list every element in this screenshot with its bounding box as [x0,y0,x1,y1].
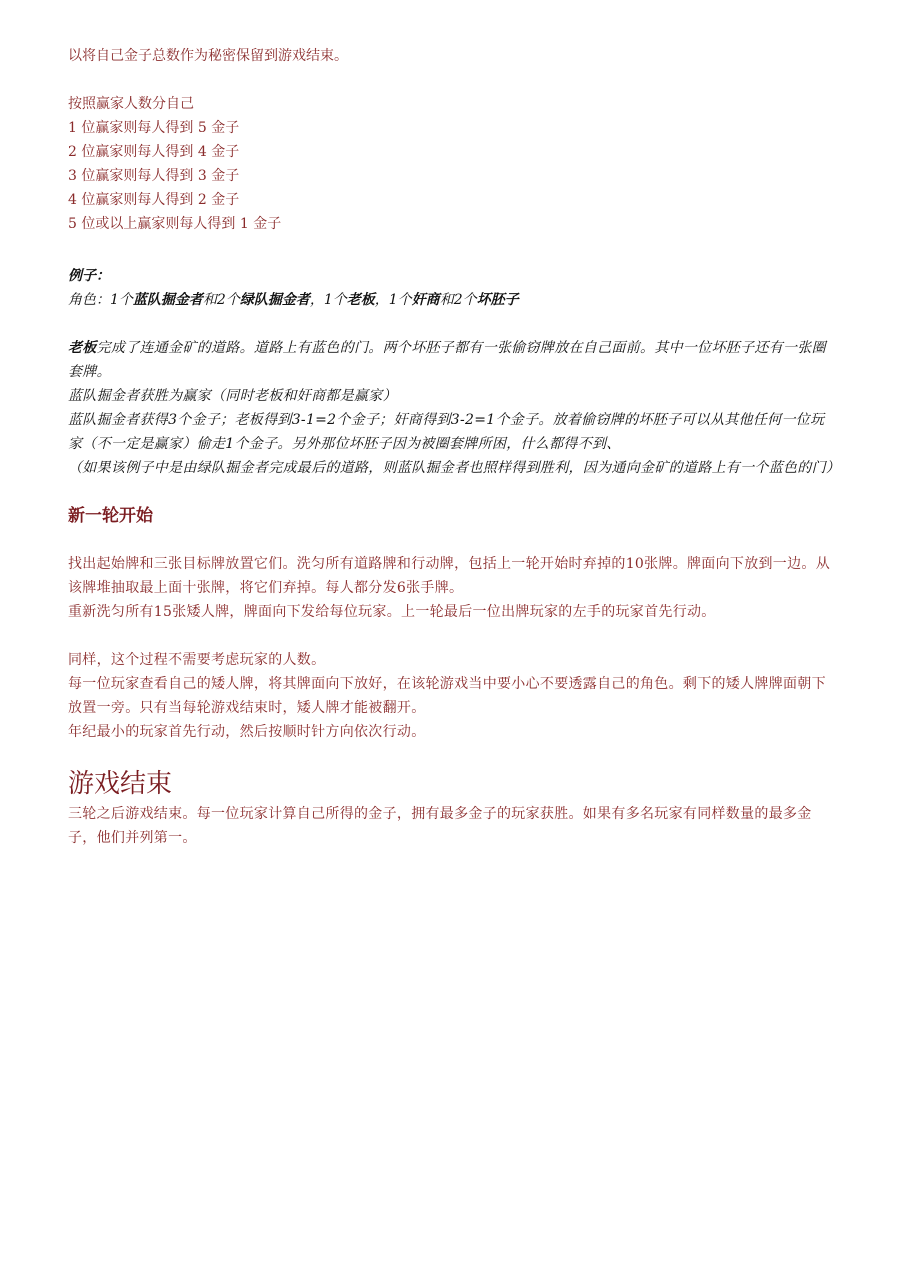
role-count: 1个 [389,292,412,308]
role-green-miner: 绿队掘金者 [240,292,310,308]
role-count: 1个 [324,292,347,308]
new-round-section: 新一轮开始 找出起始牌和三张目标牌放置它们。洗匀所有道路牌和行动牌，包括上一轮开… [68,502,838,744]
separator: ， [310,292,324,308]
payout-text: 位赢家则每人得到 [77,168,198,184]
role-count: 2个 [454,292,477,308]
new-round-setup: 找出起始牌和三张目标牌放置它们。洗匀所有道路牌和行动牌，包括上一轮开始时弃掉的1… [68,552,838,600]
payout-section: 按照赢家人数分自己 1 位赢家则每人得到 5 金子 2 位赢家则每人得到 4 金… [68,92,838,236]
gold-unit: 金子 [207,192,239,208]
payout-row: 4 位赢家则每人得到 2 金子 [68,188,838,212]
gold-amount: 5 [198,120,207,136]
example-title: 例子： [68,264,838,288]
role-count: 1个 [110,292,133,308]
payout-text: 位赢家则每人得到 [77,144,198,160]
boss-label: 老板 [68,340,97,356]
role-saboteur: 坏胚子 [477,292,519,308]
payout-row: 1 位赢家则每人得到 5 金子 [68,116,838,140]
gold-amount: 3 [198,168,207,184]
example-payout: 蓝队掘金者获得3个金子；老板得到3-1=2个金子；奸商得到3-2=1个金子。放着… [68,408,838,456]
gold-amount: 2 [198,192,207,208]
payout-text: 位赢家则每人得到 [77,192,198,208]
gold-unit: 金子 [207,144,239,160]
winner-count: 3 [68,168,77,184]
winner-count: 1 [68,120,77,136]
payout-text: 位赢家则每人得到 [77,120,198,136]
example-roles: 角色：1个蓝队掘金者和2个绿队掘金者，1个老板，1个奸商和2个坏胚子 [68,288,838,312]
secret-gold-line: 以将自己金子总数作为秘密保留到游戏结束。 [68,44,838,68]
game-end-section: 游戏结束 三轮之后游戏结束。每一位玩家计算自己所得的金子，拥有最多金子的玩家获胜… [68,766,838,850]
role-boss: 老板 [347,292,375,308]
new-round-note: 同样，这个过程不需要考虑玩家的人数。 [68,648,838,672]
example-scenario: 老板完成了连通金矿的道路。道路上有蓝色的门。两个坏胚子都有一张偷窃牌放在自己面前… [68,336,838,384]
gold-unit: 金子 [207,120,239,136]
separator: ， [375,292,389,308]
example-section: 例子： 角色：1个蓝队掘金者和2个绿队掘金者，1个老板，1个奸商和2个坏胚子 老… [68,264,838,480]
payout-text: 位或以上赢家则每人得到 [77,216,240,232]
game-end-text: 三轮之后游戏结束。每一位玩家计算自己所得的金子，拥有最多金子的玩家获胜。如果有多… [68,802,838,850]
gold-unit: 金子 [207,168,239,184]
role-profiteer: 奸商 [412,292,440,308]
section-heading-new-round: 新一轮开始 [68,502,838,530]
payout-row: 3 位赢家则每人得到 3 金子 [68,164,838,188]
new-round-order: 年纪最小的玩家首先行动，然后按顺时针方向依次行动。 [68,720,838,744]
conjunction: 和 [440,292,454,308]
conjunction: 和 [203,292,217,308]
section-heading-game-end: 游戏结束 [68,766,838,802]
winner-count: 2 [68,144,77,160]
example-winner: 蓝队掘金者获胜为赢家（同时老板和奸商都是赢家） [68,384,838,408]
winner-count: 5 [68,216,77,232]
new-round-roles: 每一位玩家查看自己的矮人牌，将其牌面向下放好，在该轮游戏当中要小心不要透露自己的… [68,672,838,720]
document-page: 以将自己金子总数作为秘密保留到游戏结束。 按照赢家人数分自己 1 位赢家则每人得… [68,44,838,850]
gold-amount: 1 [240,216,249,232]
payout-row: 5 位或以上赢家则每人得到 1 金子 [68,212,838,236]
payout-row: 2 位赢家则每人得到 4 金子 [68,140,838,164]
role-count: 2个 [217,292,240,308]
gold-amount: 4 [198,144,207,160]
roles-prefix: 角色： [68,292,110,308]
example-note: （如果该例子中是由绿队掘金者完成最后的道路，则蓝队掘金者也照样得到胜利，因为通向… [68,456,838,480]
new-round-deal: 重新洗匀所有15张矮人牌，牌面向下发给每位玩家。上一轮最后一位出牌玩家的左手的玩… [68,600,838,624]
scenario-text: 完成了连通金矿的道路。道路上有蓝色的门。两个坏胚子都有一张偷窃牌放在自己面前。其… [68,340,826,380]
gold-unit: 金子 [249,216,281,232]
winner-count: 4 [68,192,77,208]
role-blue-miner: 蓝队掘金者 [133,292,203,308]
payout-heading: 按照赢家人数分自己 [68,92,838,116]
